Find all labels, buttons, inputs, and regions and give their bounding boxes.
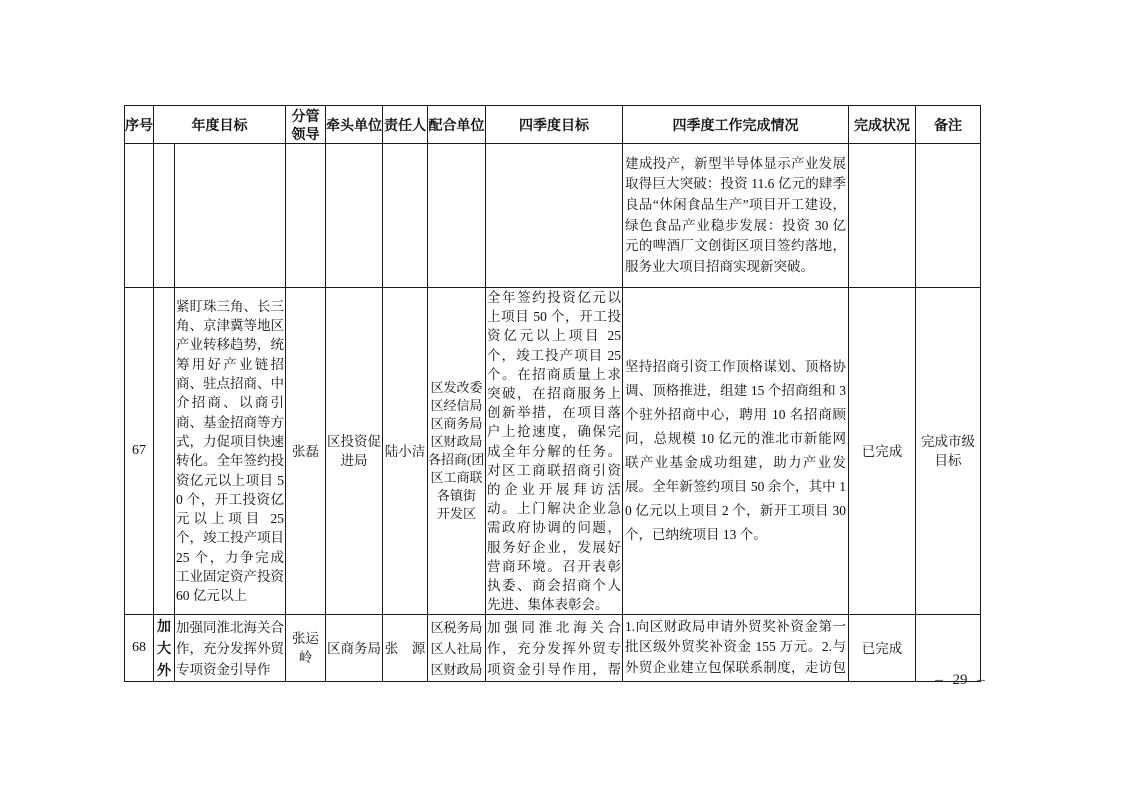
q4-completion-text: 1.向区财政局申请外贸奖补资金第一批区级外贸奖补资金 155 万元。2.与外贸企… — [625, 617, 846, 680]
header-index: 序号 — [125, 106, 154, 144]
cell-lead-unit: 区投资促进局 — [326, 288, 383, 615]
cell-index: 68 — [125, 615, 154, 682]
cell-responsible — [383, 144, 428, 288]
table-row-67: 67 紧盯珠三角、长三角、京津冀等地区产业转移趋势，统筹用好产业链招商、驻点招商… — [125, 288, 981, 615]
cell-index — [125, 144, 154, 288]
table-header-row: 序号 年度目标 分管领导 牵头单位 责任人 配合单位 四季度目标 四季度工作完成… — [125, 106, 981, 144]
cell-lead-unit: 区商务局 — [326, 615, 383, 682]
support-unit-list: 区税务局 区人社局 区财政局 — [428, 617, 485, 680]
table-row-68: 68 加大外 加强同淮北海关合作，充分发挥外贸专项资金引导作 张运岭 区商务局 … — [125, 615, 981, 682]
cell-category — [154, 144, 175, 288]
cell-annual-goal: 紧盯珠三角、长三角、京津冀等地区产业转移趋势，统筹用好产业链招商、驻点招商、中介… — [175, 288, 286, 615]
header-annual-goal: 年度目标 — [154, 106, 286, 144]
cell-lead-unit — [326, 144, 383, 288]
cell-responsible: 陆小洁 — [383, 288, 428, 615]
header-leader: 分管领导 — [286, 106, 326, 144]
cell-category — [154, 288, 175, 615]
header-status: 完成状况 — [849, 106, 916, 144]
cell-remark: 完成市级目标 — [916, 288, 981, 615]
cell-q4-completion: 坚持招商引资工作顶格谋划、顶格协调、顶格推进，组建 15 个招商组和 3 个驻外… — [623, 288, 849, 615]
cell-leader: 张磊 — [286, 288, 326, 615]
annual-goal-text: 加强同淮北海关合作，充分发挥外贸专项资金引导作 — [176, 617, 284, 680]
cell-q4-goal: 加强同淮北海关合作，充分发挥外贸专项资金引导作用，帮助企业 — [486, 615, 623, 682]
page-number: – 29 – — [903, 672, 1017, 689]
cell-support-units: 区发改委 区经信局 区商务局 区财政局 各招商(团) 区工商联 各镇街 开发区 — [428, 288, 486, 615]
cell-leader: 张运岭 — [286, 615, 326, 682]
work-report-table: 序号 年度目标 分管领导 牵头单位 责任人 配合单位 四季度目标 四季度工作完成… — [124, 105, 981, 682]
cell-q4-completion: 1.向区财政局申请外贸奖补资金第一批区级外贸奖补资金 155 万元。2.与外贸企… — [623, 615, 849, 682]
cell-category: 加大外 — [154, 615, 175, 682]
header-responsible: 责任人 — [383, 106, 428, 144]
cell-status: 已完成 — [849, 288, 916, 615]
cell-annual-goal — [175, 144, 286, 288]
header-q4-goal: 四季度目标 — [486, 106, 623, 144]
cell-index: 67 — [125, 288, 154, 615]
cell-remark — [916, 144, 981, 288]
cell-responsible: 张 源 — [383, 615, 428, 682]
header-remark: 备注 — [916, 106, 981, 144]
cell-leader — [286, 144, 326, 288]
cell-q4-completion: 建成投产，新型半导体显示产业发展取得巨大突破：投资 11.6 亿元的肆季良品“休… — [623, 144, 849, 288]
header-q4-completion: 四季度工作完成情况 — [623, 106, 849, 144]
document-page: 序号 年度目标 分管领导 牵头单位 责任人 配合单位 四季度目标 四季度工作完成… — [0, 0, 1122, 793]
cell-q4-goal — [486, 144, 623, 288]
cell-status — [849, 144, 916, 288]
cell-support-units — [428, 144, 486, 288]
q4-goal-text: 加强同淮北海关合作，充分发挥外贸专项资金引导作用，帮助企业 — [487, 617, 621, 680]
cell-annual-goal: 加强同淮北海关合作，充分发挥外贸专项资金引导作 — [175, 615, 286, 682]
support-unit-list: 区发改委 区经信局 区商务局 区财政局 各招商(团) 区工商联 各镇街 开发区 — [428, 379, 485, 523]
cell-q4-goal: 全年签约投资亿元以上项目 50 个，开工投资亿元以上项目 25 个，竣工投产项目… — [486, 288, 623, 615]
table-row-continuation: 建成投产，新型半导体显示产业发展取得巨大突破：投资 11.6 亿元的肆季良品“休… — [125, 144, 981, 288]
header-support-unit: 配合单位 — [428, 106, 486, 144]
cell-support-units: 区税务局 区人社局 区财政局 — [428, 615, 486, 682]
header-lead-unit: 牵头单位 — [326, 106, 383, 144]
